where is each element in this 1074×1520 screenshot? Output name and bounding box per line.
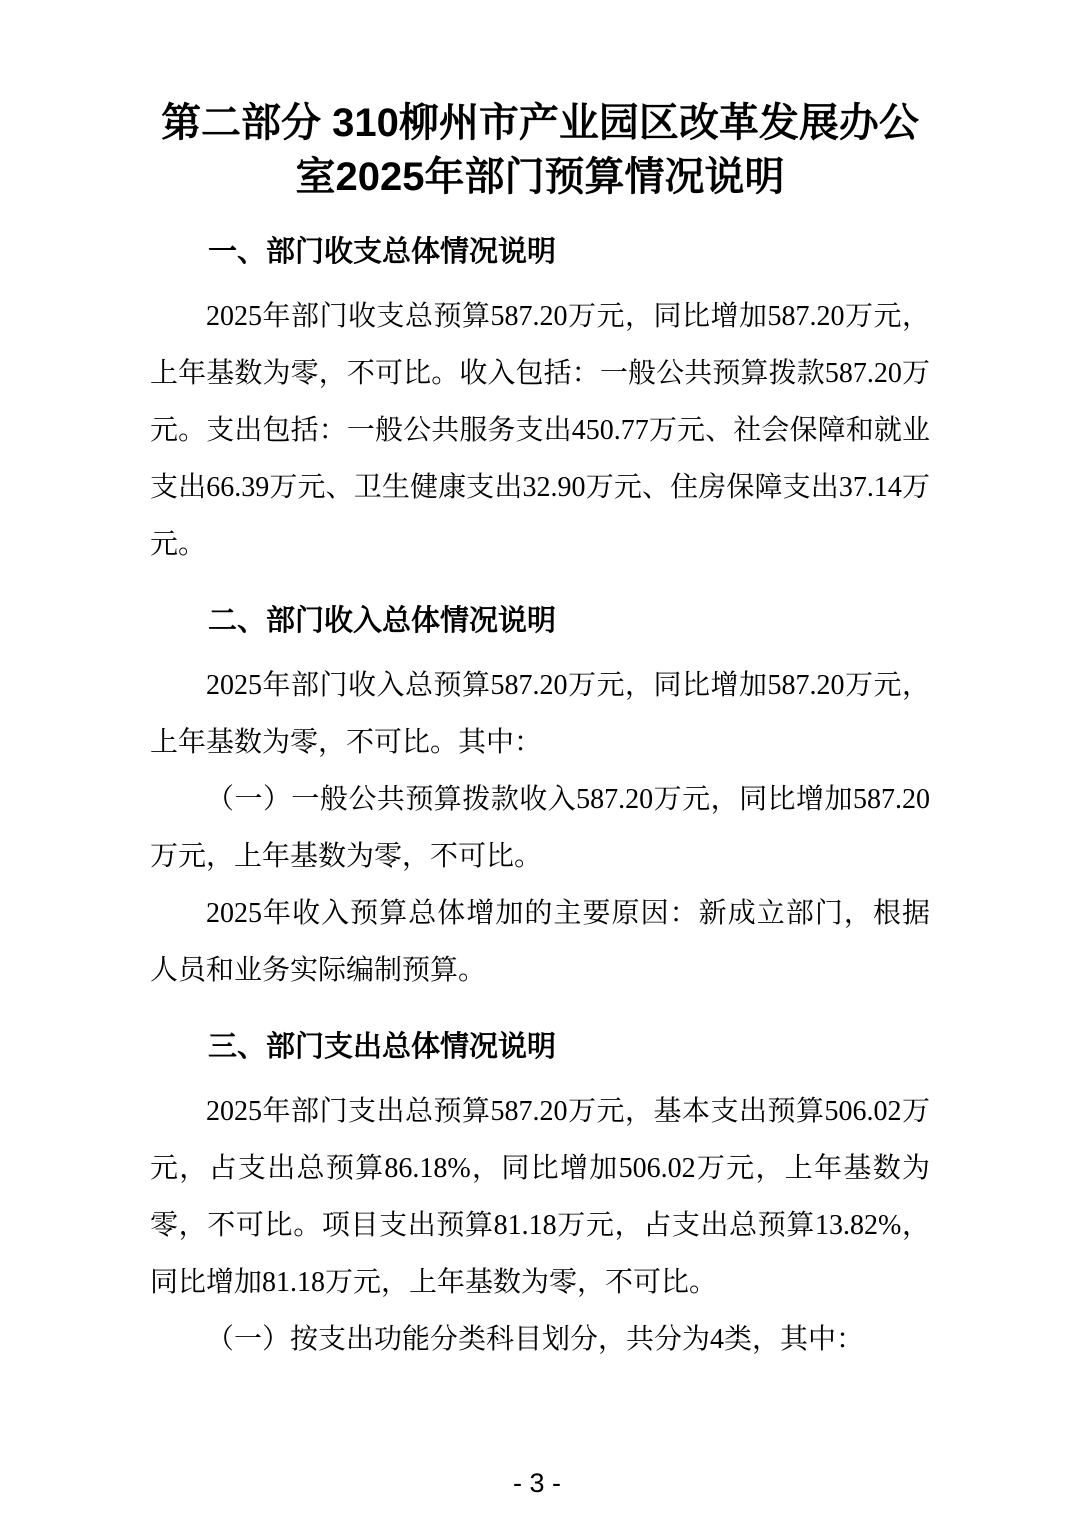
section-expenditure-overview: 三、部门支出总体情况说明 2025年部门支出总预算587.20万元，基本支出预算… [150,1027,930,1368]
section-revenue-overview: 二、部门收入总体情况说明 2025年部门收入总预算587.20万元，同比增加58… [150,601,930,999]
paragraph: 2025年收入预算总体增加的主要原因：新成立部门，根据人员和业务实际编制预算。 [150,885,930,999]
document-title-line-1: 第二部分 310柳州市产业园区改革发展办公 [150,96,930,150]
section-heading-3: 三、部门支出总体情况说明 [150,1027,930,1067]
paragraph: 2025年部门收入总预算587.20万元，同比增加587.20万元，上年基数为零… [150,657,930,771]
paragraph: （一）一般公共预算拨款收入587.20万元，同比增加587.20万元，上年基数为… [150,771,930,885]
section-heading-1: 一、部门收支总体情况说明 [150,232,930,272]
document-title: 第二部分 310柳州市产业园区改革发展办公 室2025年部门预算情况说明 [150,96,930,204]
document-content: 第二部分 310柳州市产业园区改革发展办公 室2025年部门预算情况说明 一、部… [150,96,930,1368]
page-number: - 3 - [0,1468,1074,1499]
paragraph: 2025年部门收支总预算587.20万元，同比增加587.20万元，上年基数为零… [150,288,930,573]
section-heading-2: 二、部门收入总体情况说明 [150,601,930,641]
paragraph: （一）按支出功能分类科目划分，共分为4类，其中： [150,1311,930,1368]
section-revenue-expenditure-overview: 一、部门收支总体情况说明 2025年部门收支总预算587.20万元，同比增加58… [150,232,930,573]
document-page: 第二部分 310柳州市产业园区改革发展办公 室2025年部门预算情况说明 一、部… [0,0,1074,1520]
document-title-line-2: 室2025年部门预算情况说明 [150,150,930,204]
paragraph: 2025年部门支出总预算587.20万元，基本支出预算506.02万元，占支出总… [150,1083,930,1311]
